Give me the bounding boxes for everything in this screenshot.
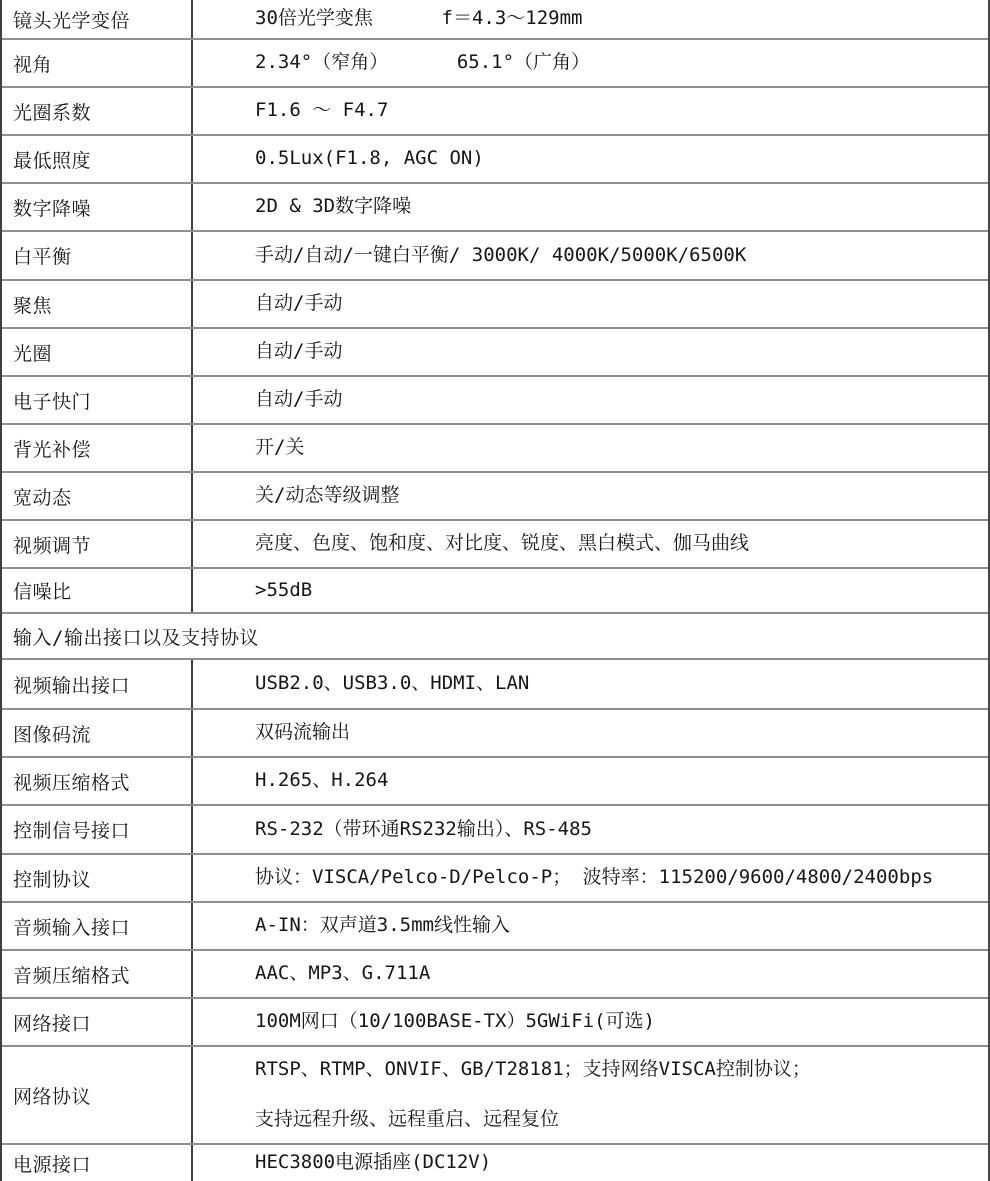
spec-value: 手动/自动/一键白平衡/ 3000K/ 4000K/5000K/6500K	[193, 232, 988, 279]
spec-name: 电源接口	[2, 1145, 193, 1181]
spec-row: 电子快门自动/手动	[2, 377, 988, 425]
spec-row: 电源接口HEC3800电源插座(DC12V)	[2, 1145, 988, 1181]
spec-value: AAC、MP3、G.711A	[193, 951, 988, 997]
spec-value: F1.6 ～ F4.7	[193, 88, 988, 134]
spec-row: 网络接口100M网口（10/100BASE-TX）5GWiFi(可选)	[2, 999, 988, 1047]
spec-value-line: F1.6 ～ F4.7	[255, 99, 988, 123]
spec-value-line: RS-232（带环通RS232输出）、RS-485	[255, 818, 988, 842]
spec-name: 背光补偿	[2, 425, 193, 471]
spec-value: 协议：VISCA/Pelco-D/Pelco-P； 波特率：115200/960…	[193, 855, 988, 901]
spec-value: USB2.0、USB3.0、HDMI、LAN	[193, 660, 988, 708]
spec-value: 自动/手动	[193, 377, 988, 423]
spec-name: 镜头光学变倍	[2, 0, 193, 38]
spec-value-line: 0.5Lux(F1.8, AGC ON)	[255, 147, 988, 171]
spec-name: 控制信号接口	[2, 806, 193, 853]
spec-name: 视频输出接口	[2, 660, 193, 708]
spec-value: >55dB	[193, 569, 988, 612]
spec-value-line: 手动/自动/一键白平衡/ 3000K/ 4000K/5000K/6500K	[255, 244, 988, 268]
spec-value: HEC3800电源插座(DC12V)	[193, 1145, 988, 1181]
spec-row: 聚焦自动/手动	[2, 281, 988, 329]
spec-value-line: 2D & 3D数字降噪	[255, 195, 988, 219]
spec-value: 30倍光学变焦 f＝4.3～129mm	[193, 0, 988, 38]
spec-value-line: 亮度、色度、饱和度、对比度、锐度、黑白模式、伽马曲线	[255, 532, 988, 556]
spec-value-line: 自动/手动	[255, 388, 988, 412]
spec-value-line: 双码流输出	[255, 721, 988, 745]
spec-name: 音频压缩格式	[2, 951, 193, 997]
spec-name: 信噪比	[2, 569, 193, 612]
spec-name: 最低照度	[2, 136, 193, 182]
spec-row: 光圈系数F1.6 ～ F4.7	[2, 88, 988, 136]
spec-name: 白平衡	[2, 232, 193, 279]
spec-row: 信噪比>55dB	[2, 569, 988, 614]
spec-value-line: >55dB	[255, 579, 988, 603]
spec-value-line: H.265、H.264	[255, 769, 988, 793]
spec-row: 视频压缩格式H.265、H.264	[2, 758, 988, 806]
spec-name: 宽动态	[2, 473, 193, 519]
spec-name: 图像码流	[2, 710, 193, 756]
spec-row: 音频压缩格式AAC、MP3、G.711A	[2, 951, 988, 999]
spec-value-line: AAC、MP3、G.711A	[255, 962, 988, 986]
spec-value-line: USB2.0、USB3.0、HDMI、LAN	[255, 672, 988, 696]
spec-value: 2D & 3D数字降噪	[193, 184, 988, 230]
spec-row: 图像码流双码流输出	[2, 710, 988, 758]
spec-value-line: RTSP、RTMP、ONVIF、GB/T28181；支持网络VISCA控制协议；	[255, 1058, 988, 1082]
spec-value-line: A-IN：双声道3.5mm线性输入	[255, 914, 988, 938]
spec-value: H.265、H.264	[193, 758, 988, 804]
spec-value: 2.34°（窄角） 65.1°（广角）	[193, 40, 988, 86]
spec-row: 数字降噪2D & 3D数字降噪	[2, 184, 988, 232]
spec-value-line: 协议：VISCA/Pelco-D/Pelco-P； 波特率：115200/960…	[255, 866, 988, 890]
spec-row: 光圈自动/手动	[2, 329, 988, 377]
spec-name: 视频压缩格式	[2, 758, 193, 804]
spec-value: A-IN：双声道3.5mm线性输入	[193, 903, 988, 949]
section-header-row: 输入/输出接口以及支持协议	[2, 614, 988, 660]
spec-name: 控制协议	[2, 855, 193, 901]
spec-row: 控制协议协议：VISCA/Pelco-D/Pelco-P； 波特率：115200…	[2, 855, 988, 903]
spec-value-line: 开/关	[255, 436, 988, 460]
spec-name: 音频输入接口	[2, 903, 193, 949]
spec-row: 视频调节亮度、色度、饱和度、对比度、锐度、黑白模式、伽马曲线	[2, 521, 988, 569]
spec-name: 聚焦	[2, 281, 193, 327]
spec-row: 最低照度0.5Lux(F1.8, AGC ON)	[2, 136, 988, 184]
spec-value-line: 自动/手动	[255, 340, 988, 364]
spec-row: 背光补偿开/关	[2, 425, 988, 473]
spec-value: 自动/手动	[193, 329, 988, 375]
spec-value: 自动/手动	[193, 281, 988, 327]
spec-value: RS-232（带环通RS232输出）、RS-485	[193, 806, 988, 853]
spec-value-line: 自动/手动	[255, 292, 988, 316]
spec-value-line: 2.34°（窄角） 65.1°（广角）	[255, 51, 988, 75]
spec-value-line: 关/动态等级调整	[255, 484, 988, 508]
spec-name: 光圈系数	[2, 88, 193, 134]
spec-row: 音频输入接口A-IN：双声道3.5mm线性输入	[2, 903, 988, 951]
spec-value: 开/关	[193, 425, 988, 471]
spec-value: RTSP、RTMP、ONVIF、GB/T28181；支持网络VISCA控制协议；…	[193, 1047, 988, 1143]
spec-row: 镜头光学变倍30倍光学变焦 f＝4.3～129mm	[2, 0, 988, 40]
spec-name: 光圈	[2, 329, 193, 375]
spec-row: 控制信号接口RS-232（带环通RS232输出）、RS-485	[2, 806, 988, 855]
spec-value-line: HEC3800电源插座(DC12V)	[255, 1151, 988, 1175]
spec-name: 网络协议	[2, 1047, 193, 1143]
spec-row: 宽动态关/动态等级调整	[2, 473, 988, 521]
spec-value-line: 30倍光学变焦 f＝4.3～129mm	[255, 7, 988, 31]
spec-value: 关/动态等级调整	[193, 473, 988, 519]
spec-name: 数字降噪	[2, 184, 193, 230]
section-title: 输入/输出接口以及支持协议	[2, 614, 988, 658]
spec-name: 网络接口	[2, 999, 193, 1045]
spec-row: 网络协议RTSP、RTMP、ONVIF、GB/T28181；支持网络VISCA控…	[2, 1047, 988, 1145]
spec-value: 亮度、色度、饱和度、对比度、锐度、黑白模式、伽马曲线	[193, 521, 988, 567]
spec-value: 100M网口（10/100BASE-TX）5GWiFi(可选)	[193, 999, 988, 1045]
spec-value-line: 支持远程升级、远程重启、远程复位	[255, 1108, 988, 1132]
spec-row: 白平衡手动/自动/一键白平衡/ 3000K/ 4000K/5000K/6500K	[2, 232, 988, 281]
spec-value: 双码流输出	[193, 710, 988, 756]
spec-name: 电子快门	[2, 377, 193, 423]
spec-value: 0.5Lux(F1.8, AGC ON)	[193, 136, 988, 182]
spec-row: 视角2.34°（窄角） 65.1°（广角）	[2, 40, 988, 88]
spec-table: 镜头光学变倍30倍光学变焦 f＝4.3～129mm视角2.34°（窄角） 65.…	[0, 0, 990, 1181]
spec-value-line: 100M网口（10/100BASE-TX）5GWiFi(可选)	[255, 1010, 988, 1034]
spec-name: 视频调节	[2, 521, 193, 567]
spec-name: 视角	[2, 40, 193, 86]
spec-row: 视频输出接口USB2.0、USB3.0、HDMI、LAN	[2, 660, 988, 710]
